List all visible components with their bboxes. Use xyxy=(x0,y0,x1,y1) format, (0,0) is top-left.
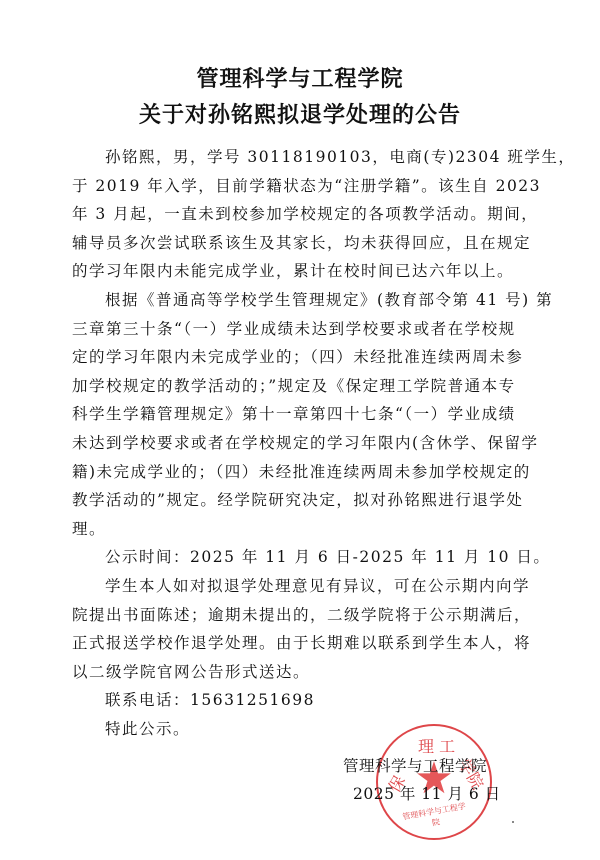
paragraph-objection-notice: 学生本人如对拟退学处理意见有异议，可在公示期内向学 院提出书面陈述；逾期未提出的… xyxy=(72,572,542,686)
text-line: 三章第三十条“（一）学业成绩未达到学校要求或者在学校规 xyxy=(72,315,542,344)
text-line: 根据《普通高等学校学生管理规定》(教育部令第 41 号) 第 xyxy=(72,286,542,315)
text-line: 辅导员多次尝试联系该生及其家长，均未获得回应，且在规定 xyxy=(72,229,542,258)
contact-phone: 联系电话：15631251698 xyxy=(72,686,542,715)
text-line: 以二级学院官网公告形式送达。 xyxy=(72,658,542,687)
scan-speck xyxy=(512,821,514,823)
signature-date: 2025 年 11 月 6 日 xyxy=(353,782,501,804)
paragraph-student-info: 孙铭熙，男，学号 30118190103，电商(专)2304 班学生， 于 20… xyxy=(72,143,542,286)
text-line: 年 3 月起，一直未到校参加学校规定的各项教学活动。期间， xyxy=(72,200,542,229)
text-line: 理。 xyxy=(72,515,542,544)
paragraph-regulation-basis: 根据《普通高等学校学生管理规定》(教育部令第 41 号) 第 三章第三十条“（一… xyxy=(72,286,542,543)
text-line: 教学活动的”规定。经学院研究决定，拟对孙铭熙进行退学处 xyxy=(72,486,542,515)
text-line: 未达到学校要求或者在学校规定的学习年限内(含休学、保留学 xyxy=(72,429,542,458)
text-line: 定的学习年限内未完成学业的；（四）未经批准连续两周未参 xyxy=(72,343,542,372)
text-line: 正式报送学校作退学处理。由于长期难以联系到学生本人，将 xyxy=(72,629,542,658)
seal-bottom-text: 管理科学与工程学院 xyxy=(399,800,472,834)
publicity-period: 公示时间：2025 年 11 月 6 日-2025 年 11 月 10 日。 xyxy=(72,543,542,572)
text-line: 院提出书面陈述；逾期未提出的，二级学院将于公示期满后， xyxy=(72,601,542,630)
text-line: 学生本人如对拟退学处理意见有异议，可在公示期内向学 xyxy=(72,572,542,601)
text-line: 的学习年限内未能完成学业，累计在校时间已达六年以上。 xyxy=(72,257,542,286)
text-line: 于 2019 年入学，目前学籍状态为“注册学籍”。该生自 2023 xyxy=(72,172,542,201)
document-title-org: 管理科学与工程学院 xyxy=(0,62,600,93)
document-body: 孙铭熙，男，学号 30118190103，电商(专)2304 班学生， 于 20… xyxy=(72,143,542,743)
text-line: 科学生学籍管理规定》第十一章第四十七条“（一）学业成绩 xyxy=(72,400,542,429)
text-line: 加学校规定的教学活动的；”规定及《保定理工学院普通本专 xyxy=(72,372,542,401)
text-line: 孙铭熙，男，学号 30118190103，电商(专)2304 班学生， xyxy=(72,143,542,172)
signature-org: 管理科学与工程学院 xyxy=(343,754,487,776)
document-title-subject: 关于对孙铭熙拟退学处理的公告 xyxy=(0,98,600,129)
text-line: 籍)未完成学业的；（四）未经批准连续两周未参加学校规定的 xyxy=(72,458,542,487)
